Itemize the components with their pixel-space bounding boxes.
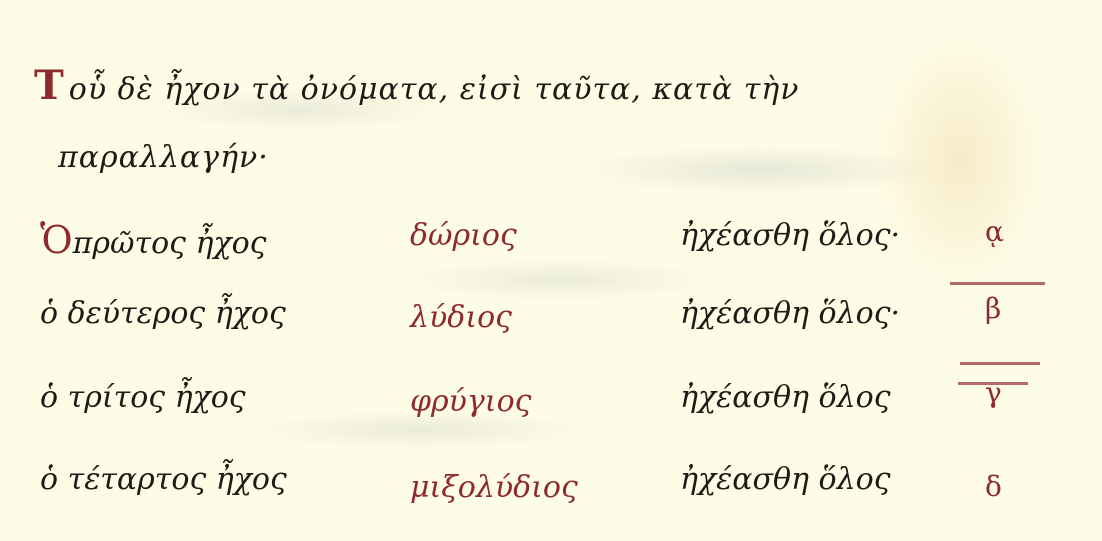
margin-mark-3: γ	[985, 376, 1002, 409]
tone-name-2: λύδιος	[410, 300, 512, 335]
margin-rule	[950, 282, 1045, 285]
margin-mark-4: δ	[985, 470, 1002, 503]
mode-name-3: ὁ τρίτος ἦχος	[40, 380, 246, 415]
tone-name-4: μιξολύδιος	[410, 470, 578, 505]
mode-name-4: ὁ τέταρτος ἦχος	[40, 462, 287, 497]
tone-name-1: δώριος	[410, 218, 517, 253]
margin-mark-1: ᾳ	[985, 215, 1004, 248]
heading-line-1: Τοὗ δὲ ἦχον τὰ ὀνόματα, εἰσὶ ταῦτα, κατὰ…	[34, 62, 800, 109]
red-initial-letter: Τ	[34, 62, 65, 109]
mode-name-1: Ὁπρῶτος ἦχος	[40, 218, 266, 262]
description-2: ἠχέασθη ὅλος·	[680, 296, 900, 331]
mode-name-2: ὁ δεύτερος ἦχος	[40, 296, 286, 331]
margin-rule	[958, 382, 1028, 385]
heading-line-2: παραλλαγήν·	[58, 140, 269, 175]
description-3: ἠχέασθη ὅλος	[680, 380, 891, 415]
description-1: ἠχέασθη ὅλος·	[680, 218, 900, 253]
red-initial-o: Ὁ	[40, 218, 73, 262]
margin-mark-2: β	[985, 292, 1001, 325]
description-4: ἠχέασθη ὅλος	[680, 462, 891, 497]
manuscript-page: Τοὗ δὲ ἦχον τὰ ὀνόματα, εἰσὶ ταῦτα, κατὰ…	[0, 0, 1102, 541]
tone-name-3: φρύγιος	[410, 384, 531, 419]
heading-text: οὗ δὲ ἦχον τὰ ὀνόματα, εἰσὶ ταῦτα, κατὰ …	[69, 72, 800, 107]
margin-rule	[960, 362, 1040, 365]
